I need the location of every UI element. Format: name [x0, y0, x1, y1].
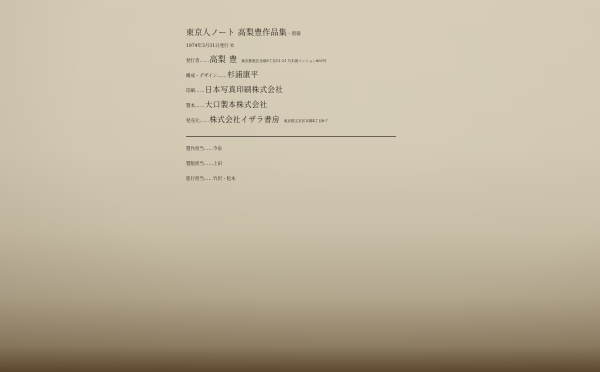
entry-value: 大口製本株式会社 — [205, 97, 267, 112]
colophon-entry-design: 構成・デザイン …… 杉浦康平 — [186, 67, 396, 82]
colophon-entry-distributor: 発売元 …… 株式会社イザラ書房 東京都文京区本郷4丁目8-7 — [186, 112, 396, 127]
entry-label: 発行者 — [186, 54, 200, 69]
entry-label: 発売元 — [186, 114, 200, 129]
staff-value: 今泉 — [213, 147, 222, 152]
staff-row-platemaking: 製版担当……上田 — [186, 157, 236, 172]
colophon-block: 東京人ノート 高梨豊作品集・別冊 1974年3月31日発行 © 発行者 …… 高… — [186, 27, 396, 127]
entry-dots: …… — [195, 84, 205, 99]
colophon-entry-publisher: 発行者 …… 高梨 豊 東京都港区赤坂8丁目11-21 乃木坂マンション602号 — [186, 52, 396, 67]
staff-label: 製作担当 — [186, 147, 204, 152]
staff-credits: 製作担当……今泉 製版担当……上田 進行担当……竹沢・松本 — [186, 142, 236, 187]
staff-row-progress: 進行担当……竹沢・松本 — [186, 172, 236, 187]
entry-dots: …… — [200, 54, 210, 69]
book-title-text: 東京人ノート 高梨豊作品集 — [186, 28, 287, 37]
entry-dots: …… — [195, 99, 205, 114]
staff-value: 竹沢・松本 — [213, 177, 236, 182]
staff-row-production: 製作担当……今泉 — [186, 142, 236, 157]
entry-value: 日本写真印刷株式会社 — [205, 82, 283, 97]
colophon-entry-printing: 印刷 …… 日本写真印刷株式会社 — [186, 82, 396, 97]
staff-dots: …… — [204, 177, 213, 182]
book-title: 東京人ノート 高梨豊作品集・別冊 — [186, 27, 396, 39]
book-title-suffix: ・別冊 — [287, 32, 301, 37]
staff-dots: …… — [204, 147, 213, 152]
entry-address: 東京都文京区本郷4丁目8-7 — [284, 114, 328, 129]
publication-date: 1974年3月31日発行 © — [186, 42, 396, 52]
entry-dots: …… — [200, 114, 210, 129]
entry-value: 高梨 豊 — [210, 52, 238, 67]
entry-value: 株式会社イザラ書房 — [210, 112, 280, 127]
staff-value: 上田 — [213, 162, 222, 167]
colophon-entry-binding: 製本 …… 大口製本株式会社 — [186, 97, 396, 112]
staff-dots: …… — [204, 162, 213, 167]
staff-label: 進行担当 — [186, 177, 204, 182]
entry-label: 製本 — [186, 99, 195, 114]
entry-label: 印刷 — [186, 84, 195, 99]
entry-value: 杉浦康平 — [227, 67, 258, 82]
staff-label: 製版担当 — [186, 162, 204, 167]
divider-rule — [186, 136, 396, 137]
